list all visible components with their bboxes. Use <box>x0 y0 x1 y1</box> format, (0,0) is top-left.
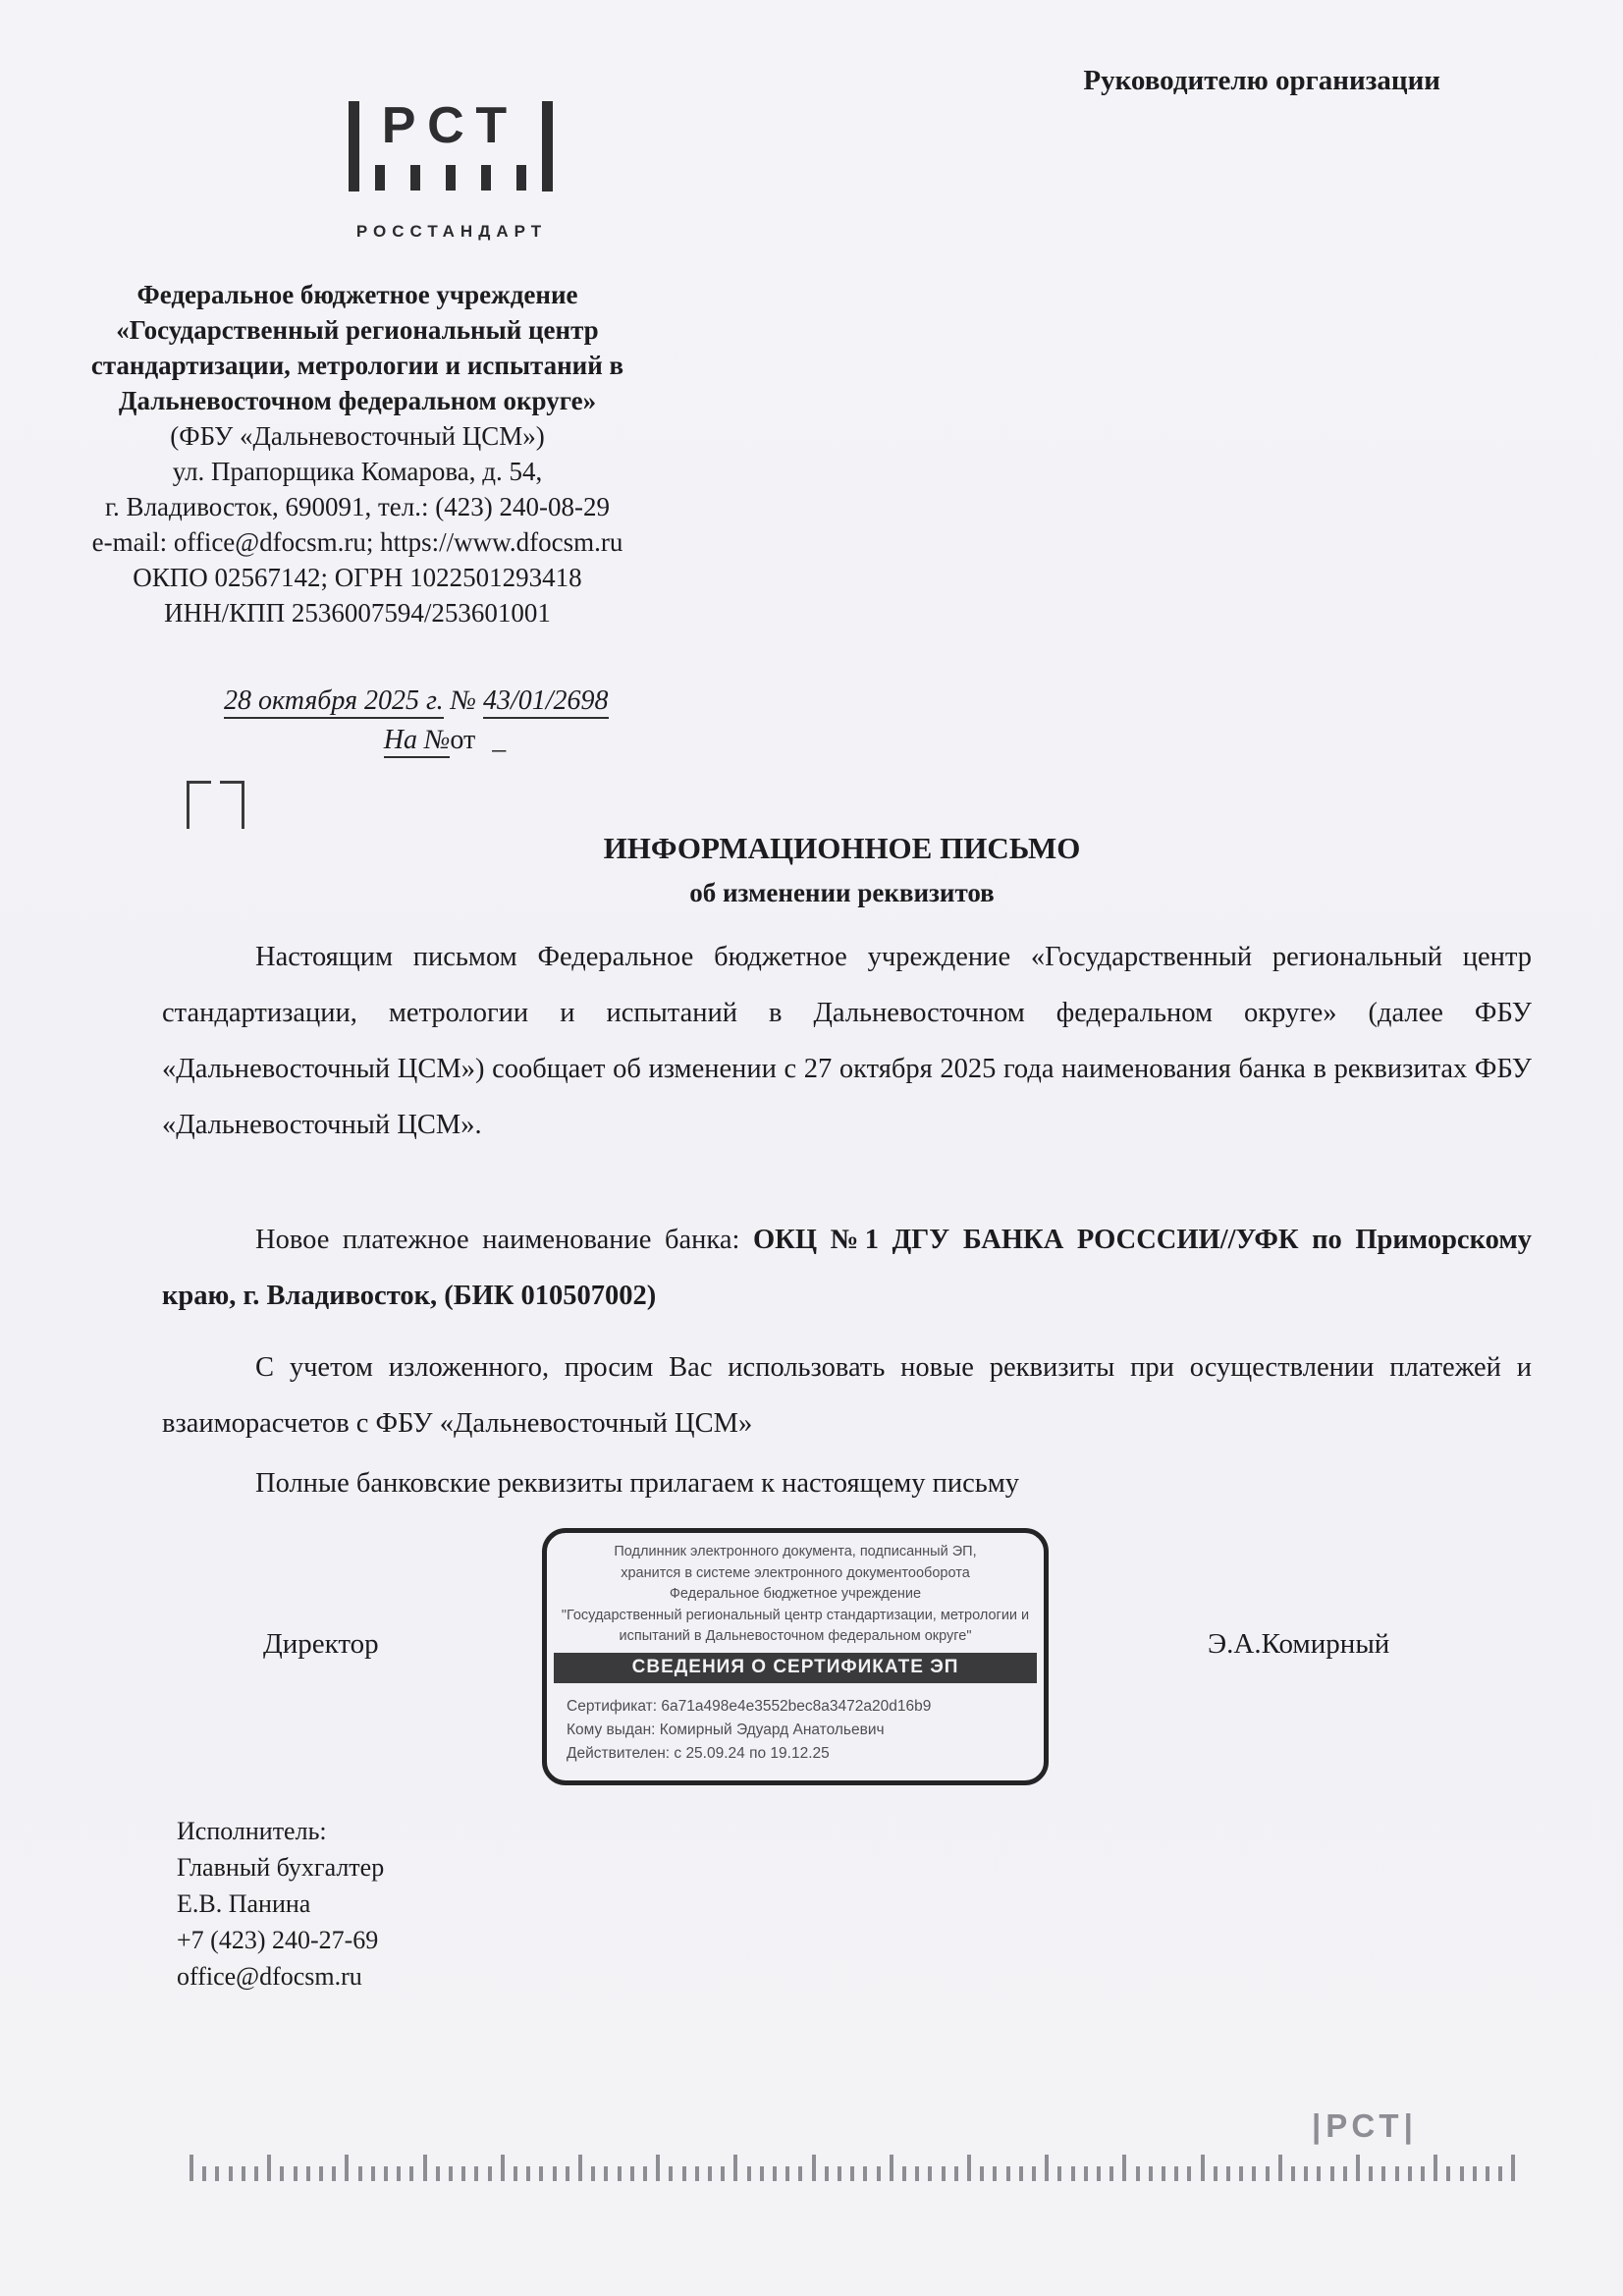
address-corner-bracket-right <box>220 781 244 829</box>
reference-block: 28 октября 2025 г. № 43/01/2698 На №от _ <box>224 685 666 756</box>
reply-placeholder: _ <box>492 725 506 755</box>
letterhead-line: ИНН/КПП 2536007594/253601001 <box>57 595 658 630</box>
logo-right-bar <box>542 101 553 191</box>
logo-ticks <box>371 165 530 191</box>
letter-date: 28 октября 2025 г. <box>224 685 444 719</box>
letter-page: РСТ РОССТАНДАРТ Руководителю организации… <box>0 0 1623 2296</box>
letterhead-line: Дальневосточном федеральном округе» <box>57 383 658 418</box>
letterhead-line: (ФБУ «Дальневосточный ЦСМ») <box>57 418 658 454</box>
recipient-line: Руководителю организации <box>1083 65 1440 97</box>
title-line-1: ИНФОРМАЦИОННОЕ ПИСЬМО <box>157 831 1527 866</box>
reply-from: от <box>450 725 475 755</box>
rosstandart-logo-icon: РСТ <box>349 101 553 191</box>
letterhead-line: г. Владивосток, 690091, тел.: (423) 240-… <box>57 489 658 524</box>
signer-name: Э.А.Комирный <box>1208 1628 1389 1661</box>
reference-reply: На №от _ <box>224 725 666 756</box>
paragraph-3: С учетом изложенного, просим Вас использ… <box>162 1339 1532 1451</box>
digital-signature-stamp: Подлинник электронного документа, подпис… <box>542 1528 1049 1785</box>
executor-label: Исполнитель: <box>177 1813 384 1849</box>
stamp-line: испытаний в Дальневосточном федеральном … <box>547 1626 1044 1648</box>
letterhead-line: ул. Прапорщика Комарова, д. 54, <box>57 454 658 489</box>
footer-rst-logo: |РСТ| <box>1312 2107 1418 2145</box>
paragraph-2-lead: Новое платежное наименование банка: <box>255 1225 753 1255</box>
letter-number: 43/01/2698 <box>483 685 609 719</box>
executor-block: Исполнитель: Главный бухгалтер Е.В. Пани… <box>177 1813 384 1995</box>
paragraph-1: Настоящим письмом Федеральное бюджетное … <box>162 929 1532 1153</box>
stamp-line: хранится в системе электронного документ… <box>547 1563 1044 1585</box>
logo-left-bar <box>349 101 359 191</box>
paragraph-2: Новое платежное наименование банка: ОКЦ … <box>162 1212 1532 1324</box>
executor-phone: +7 (423) 240-27-69 <box>177 1922 384 1958</box>
letterhead-line: стандартизации, метрологии и испытаний в <box>57 348 658 383</box>
reply-label: На № <box>384 725 451 758</box>
number-sign: № <box>451 685 476 716</box>
logo-letters: РСТ <box>371 101 530 150</box>
letterhead: Федеральное бюджетное учреждение «Госуда… <box>57 277 658 630</box>
title-line-2: об изменении реквизитов <box>157 878 1527 908</box>
executor-name: Е.В. Панина <box>177 1886 384 1922</box>
certificate-id: Сертификат: 6a71a498e4e3552bec8a3472a20d… <box>567 1695 1044 1719</box>
stamp-line: Подлинник электронного документа, подпис… <box>547 1542 1044 1563</box>
letterhead-line: Федеральное бюджетное учреждение <box>57 277 658 312</box>
executor-position: Главный бухгалтер <box>177 1849 384 1886</box>
paragraph-4: Полные банковские реквизиты прилагаем к … <box>162 1455 1532 1511</box>
letterhead-line: e-mail: office@dfocsm.ru; https://www.df… <box>57 524 658 560</box>
ruler-ticks <box>189 2154 1525 2181</box>
certificate-owner: Кому выдан: Комирный Эдуард Анатольевич <box>567 1719 1044 1742</box>
stamp-header: Подлинник электронного документа, подпис… <box>547 1542 1044 1648</box>
stamp-banner: СВЕДЕНИЯ О СЕРТИФИКАТЕ ЭП <box>554 1653 1037 1683</box>
stamp-line: "Государственный региональный центр стан… <box>547 1606 1044 1627</box>
stamp-details: Сертификат: 6a71a498e4e3552bec8a3472a20d… <box>567 1695 1044 1766</box>
executor-email: office@dfocsm.ru <box>177 1958 384 1995</box>
address-corner-bracket-left <box>187 781 211 829</box>
letterhead-line: «Государственный региональный центр <box>57 312 658 348</box>
letter-title: ИНФОРМАЦИОННОЕ ПИСЬМО об изменении рекви… <box>157 831 1527 908</box>
stamp-line: Федеральное бюджетное учреждение <box>547 1584 1044 1606</box>
signer-position: Директор <box>263 1628 379 1661</box>
reference-date-number: 28 октября 2025 г. № 43/01/2698 <box>224 685 666 717</box>
letterhead-line: ОКПО 02567142; ОГРН 1022501293418 <box>57 560 658 595</box>
certificate-validity: Действителен: с 25.09.24 по 19.12.25 <box>567 1742 1044 1766</box>
rosstandart-wordmark: РОССТАНДАРТ <box>334 222 569 242</box>
